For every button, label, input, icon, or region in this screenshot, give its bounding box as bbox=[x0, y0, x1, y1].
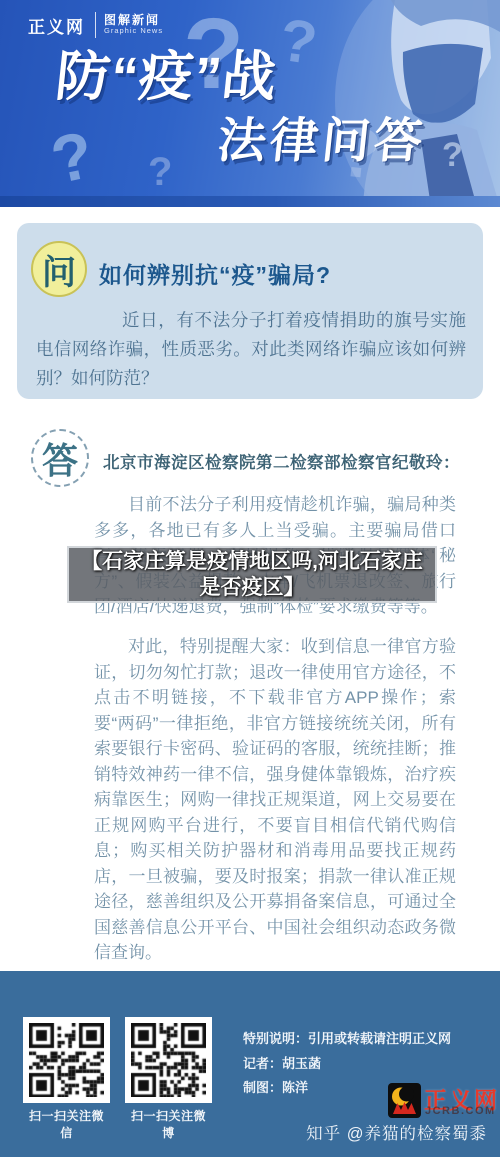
weibo-qr-code bbox=[125, 1017, 212, 1103]
site-brand: 正义网 图解新闻 Graphic News bbox=[28, 12, 163, 38]
infographic-poster: ? ? ? ? ? ? 正义网 图解新闻 Graphic News 防“疫”战 … bbox=[0, 0, 500, 1157]
brand-divider bbox=[95, 12, 96, 38]
answer-paragraph-2: 对此，特别提醒大家：收到信息一律官方验证，切勿匆忙打款；退改一律使用官方途径，不… bbox=[94, 634, 456, 966]
jcrb-logo-icon bbox=[388, 1083, 421, 1118]
answer-badge: 答 bbox=[31, 429, 89, 487]
question-body-text: 近日，有不法分子打着疫情捐助的旗号实施电信网络诈骗，性质恶劣。对此类网络诈骗应该… bbox=[36, 306, 466, 393]
watermark-overlay: 【石家庄算是疫情地区吗,河北石家庄是否疫区】 bbox=[67, 546, 437, 603]
question-mark-icon: ? bbox=[276, 10, 321, 75]
wechat-qr-caption: 扫一扫关注微信 bbox=[23, 1107, 110, 1141]
footer-bar: 扫一扫关注微信 扫一扫关注微博 特别说明：引用或转载请注明正义网 记者：胡玉菡 … bbox=[0, 971, 500, 1157]
answer-heading: 北京市海淀区检察院第二检察部检察官纪敬玲： bbox=[103, 449, 473, 473]
poster-title-line2: 法律问答 bbox=[215, 118, 428, 166]
question-mark-icon: ? bbox=[46, 121, 99, 194]
watermark-text: 【石家庄算是疫情地区吗,河北石家庄是否疫区】 bbox=[75, 549, 429, 601]
question-heading: 如何辨别抗“疫”骗局? bbox=[99, 257, 479, 290]
header-banner: ? ? ? ? ? ? 正义网 图解新闻 Graphic News 防“疫”战 … bbox=[0, 0, 500, 207]
question-badge: 问 bbox=[31, 241, 87, 297]
jcrb-domain-watermark: JCRB.COM bbox=[425, 1105, 496, 1117]
footer-reporter-credit: 记者：胡玉菡 bbox=[243, 1053, 321, 1072]
question-mark-icon: ? bbox=[148, 152, 172, 192]
poster-title-line1: 防“疫”战 bbox=[53, 50, 280, 104]
zhihu-handle: 知乎 @养猫的检察蜀黍 bbox=[306, 1120, 487, 1144]
brand-site-name: 正义网 bbox=[28, 13, 85, 38]
footer-designer-credit: 制图：陈洋 bbox=[243, 1077, 308, 1096]
footer-attribution-note: 特别说明：引用或转载请注明正义网 bbox=[243, 1028, 451, 1047]
header-bottom-strip bbox=[0, 196, 500, 207]
question-mark-icon: ? bbox=[442, 138, 463, 172]
brand-section-name-en: Graphic News bbox=[104, 27, 163, 35]
wechat-qr-code bbox=[23, 1017, 110, 1103]
weibo-qr-caption: 扫一扫关注微博 bbox=[125, 1107, 212, 1141]
